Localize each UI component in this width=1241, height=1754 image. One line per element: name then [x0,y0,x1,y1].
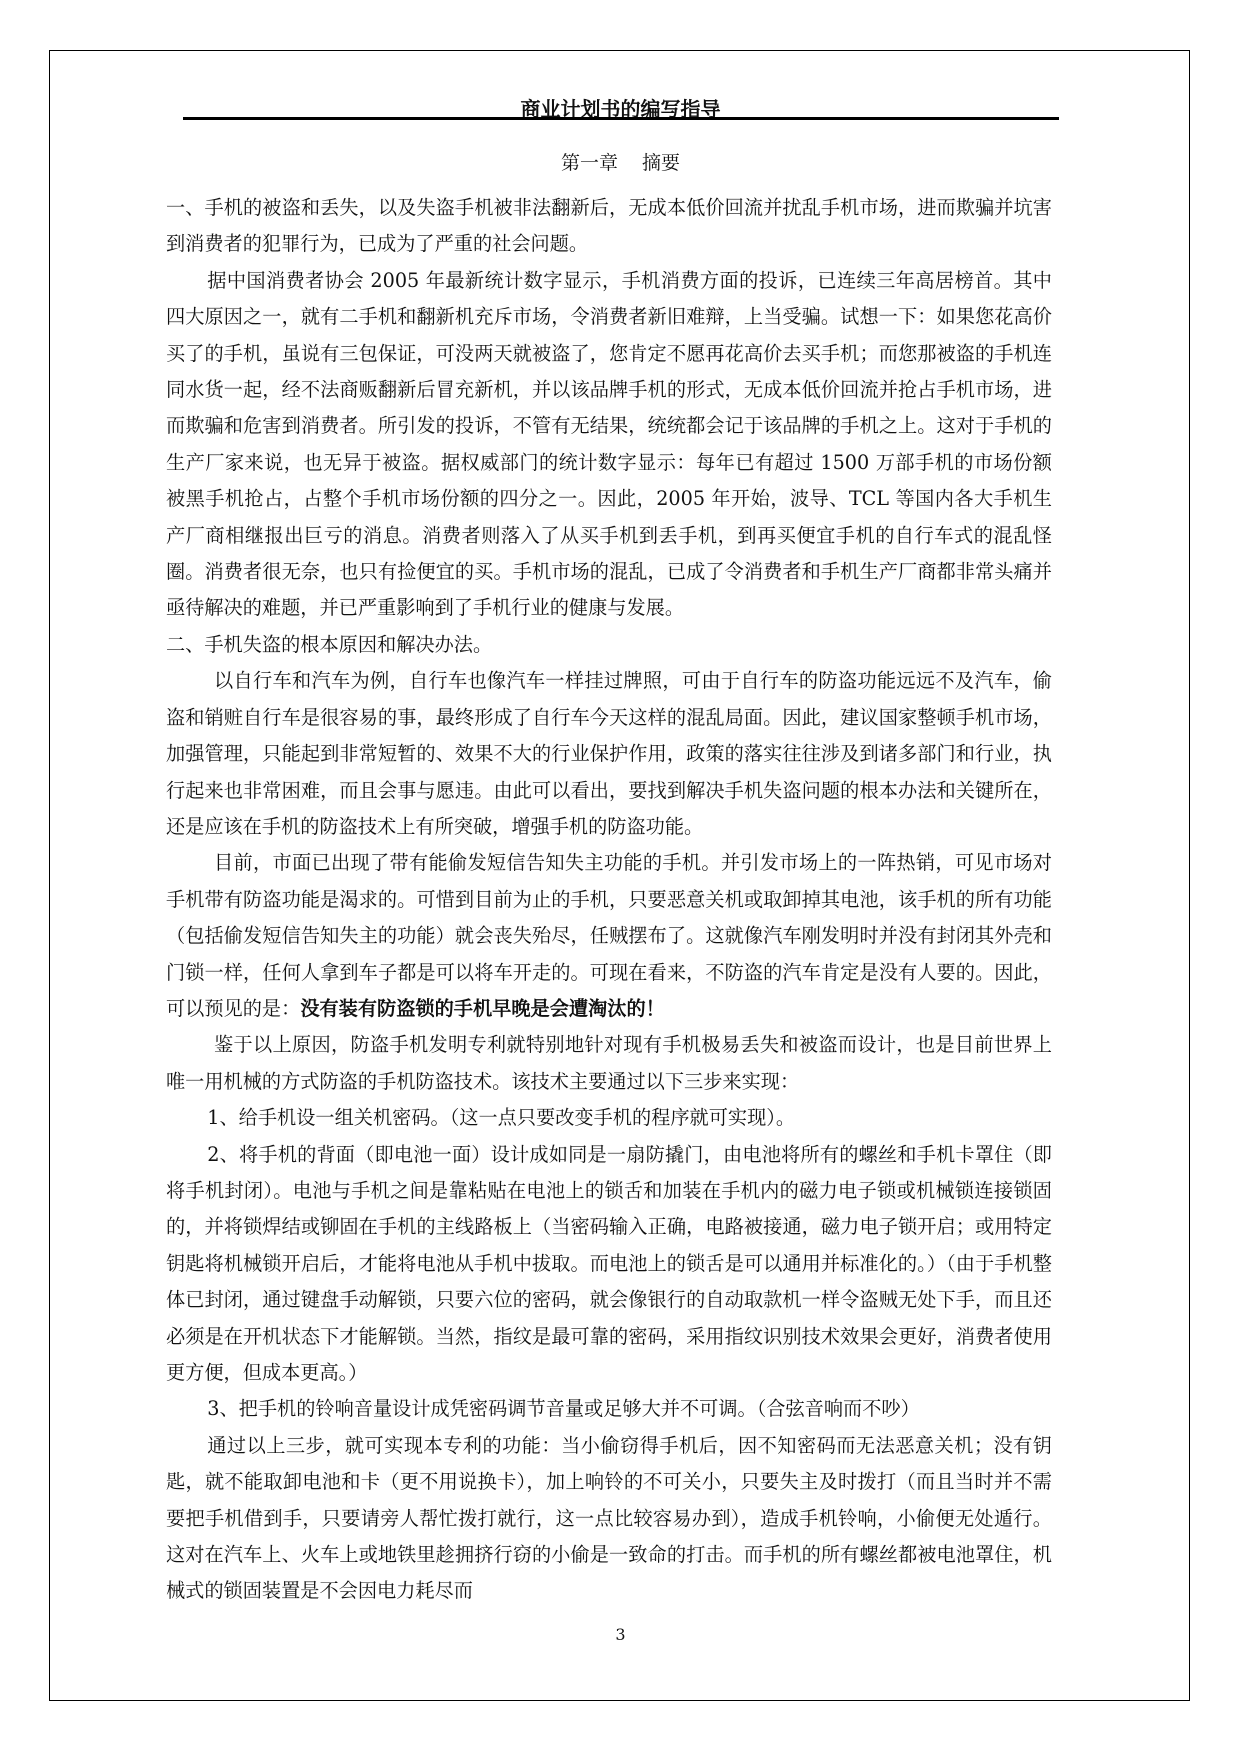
chapter-number: 第一章 [561,152,618,174]
chapter-title: 摘要 [642,152,680,174]
paragraph-text: 目前，市面已出现了带有能偷发短信告知失主功能的手机。并引发市场上的一阵热销，可见… [166,851,1052,1020]
paragraph: 目前，市面已出现了带有能偷发短信告知失主功能的手机。并引发市场上的一阵热销，可见… [166,845,1052,1027]
paragraph: 据中国消费者协会 2005 年最新统计数字显示，手机消费方面的投诉，已连续三年高… [166,263,1052,627]
list-item-step-2: 2、将手机的背面（即电池一面）设计成如同是一扇防撬门，由电池将所有的螺丝和手机卡… [166,1137,1052,1392]
section-heading-1: 一、手机的被盗和丢失，以及失盗手机被非法翻新后，无成本低价回流并扰乱手机市场，进… [166,190,1052,263]
header-rule [183,117,1059,120]
paragraph: 以自行车和汽车为例，自行车也像汽车一样挂过牌照，可由于自行车的防盗功能远远不及汽… [166,663,1052,845]
chapter-heading: 第一章摘要 [0,150,1241,176]
body-text: 一、手机的被盗和丢失，以及失盗手机被非法翻新后，无成本低价回流并扰乱手机市场，进… [166,190,1052,1610]
section-heading-2: 二、手机失盗的根本原因和解决办法。 [166,627,1052,663]
list-item-step-1: 1、给手机设一组关机密码。（这一点只要改变手机的程序就可实现）。 [166,1100,1052,1136]
page-number: 3 [0,1625,1241,1645]
paragraph: 通过以上三步，就可实现本专利的功能：当小偷窃得手机后，因不知密码而无法恶意关机；… [166,1428,1052,1610]
emphasis-text: 没有装有防盗锁的手机早晚是会遭淘汰的！ [300,997,665,1020]
list-item-step-3: 3、把手机的铃响音量设计成凭密码调节音量或足够大并不可调。（合弦音响而不吵） [166,1391,1052,1427]
paragraph: 鉴于以上原因，防盗手机发明专利就特别地针对现有手机极易丢失和被盗而设计，也是目前… [166,1027,1052,1100]
